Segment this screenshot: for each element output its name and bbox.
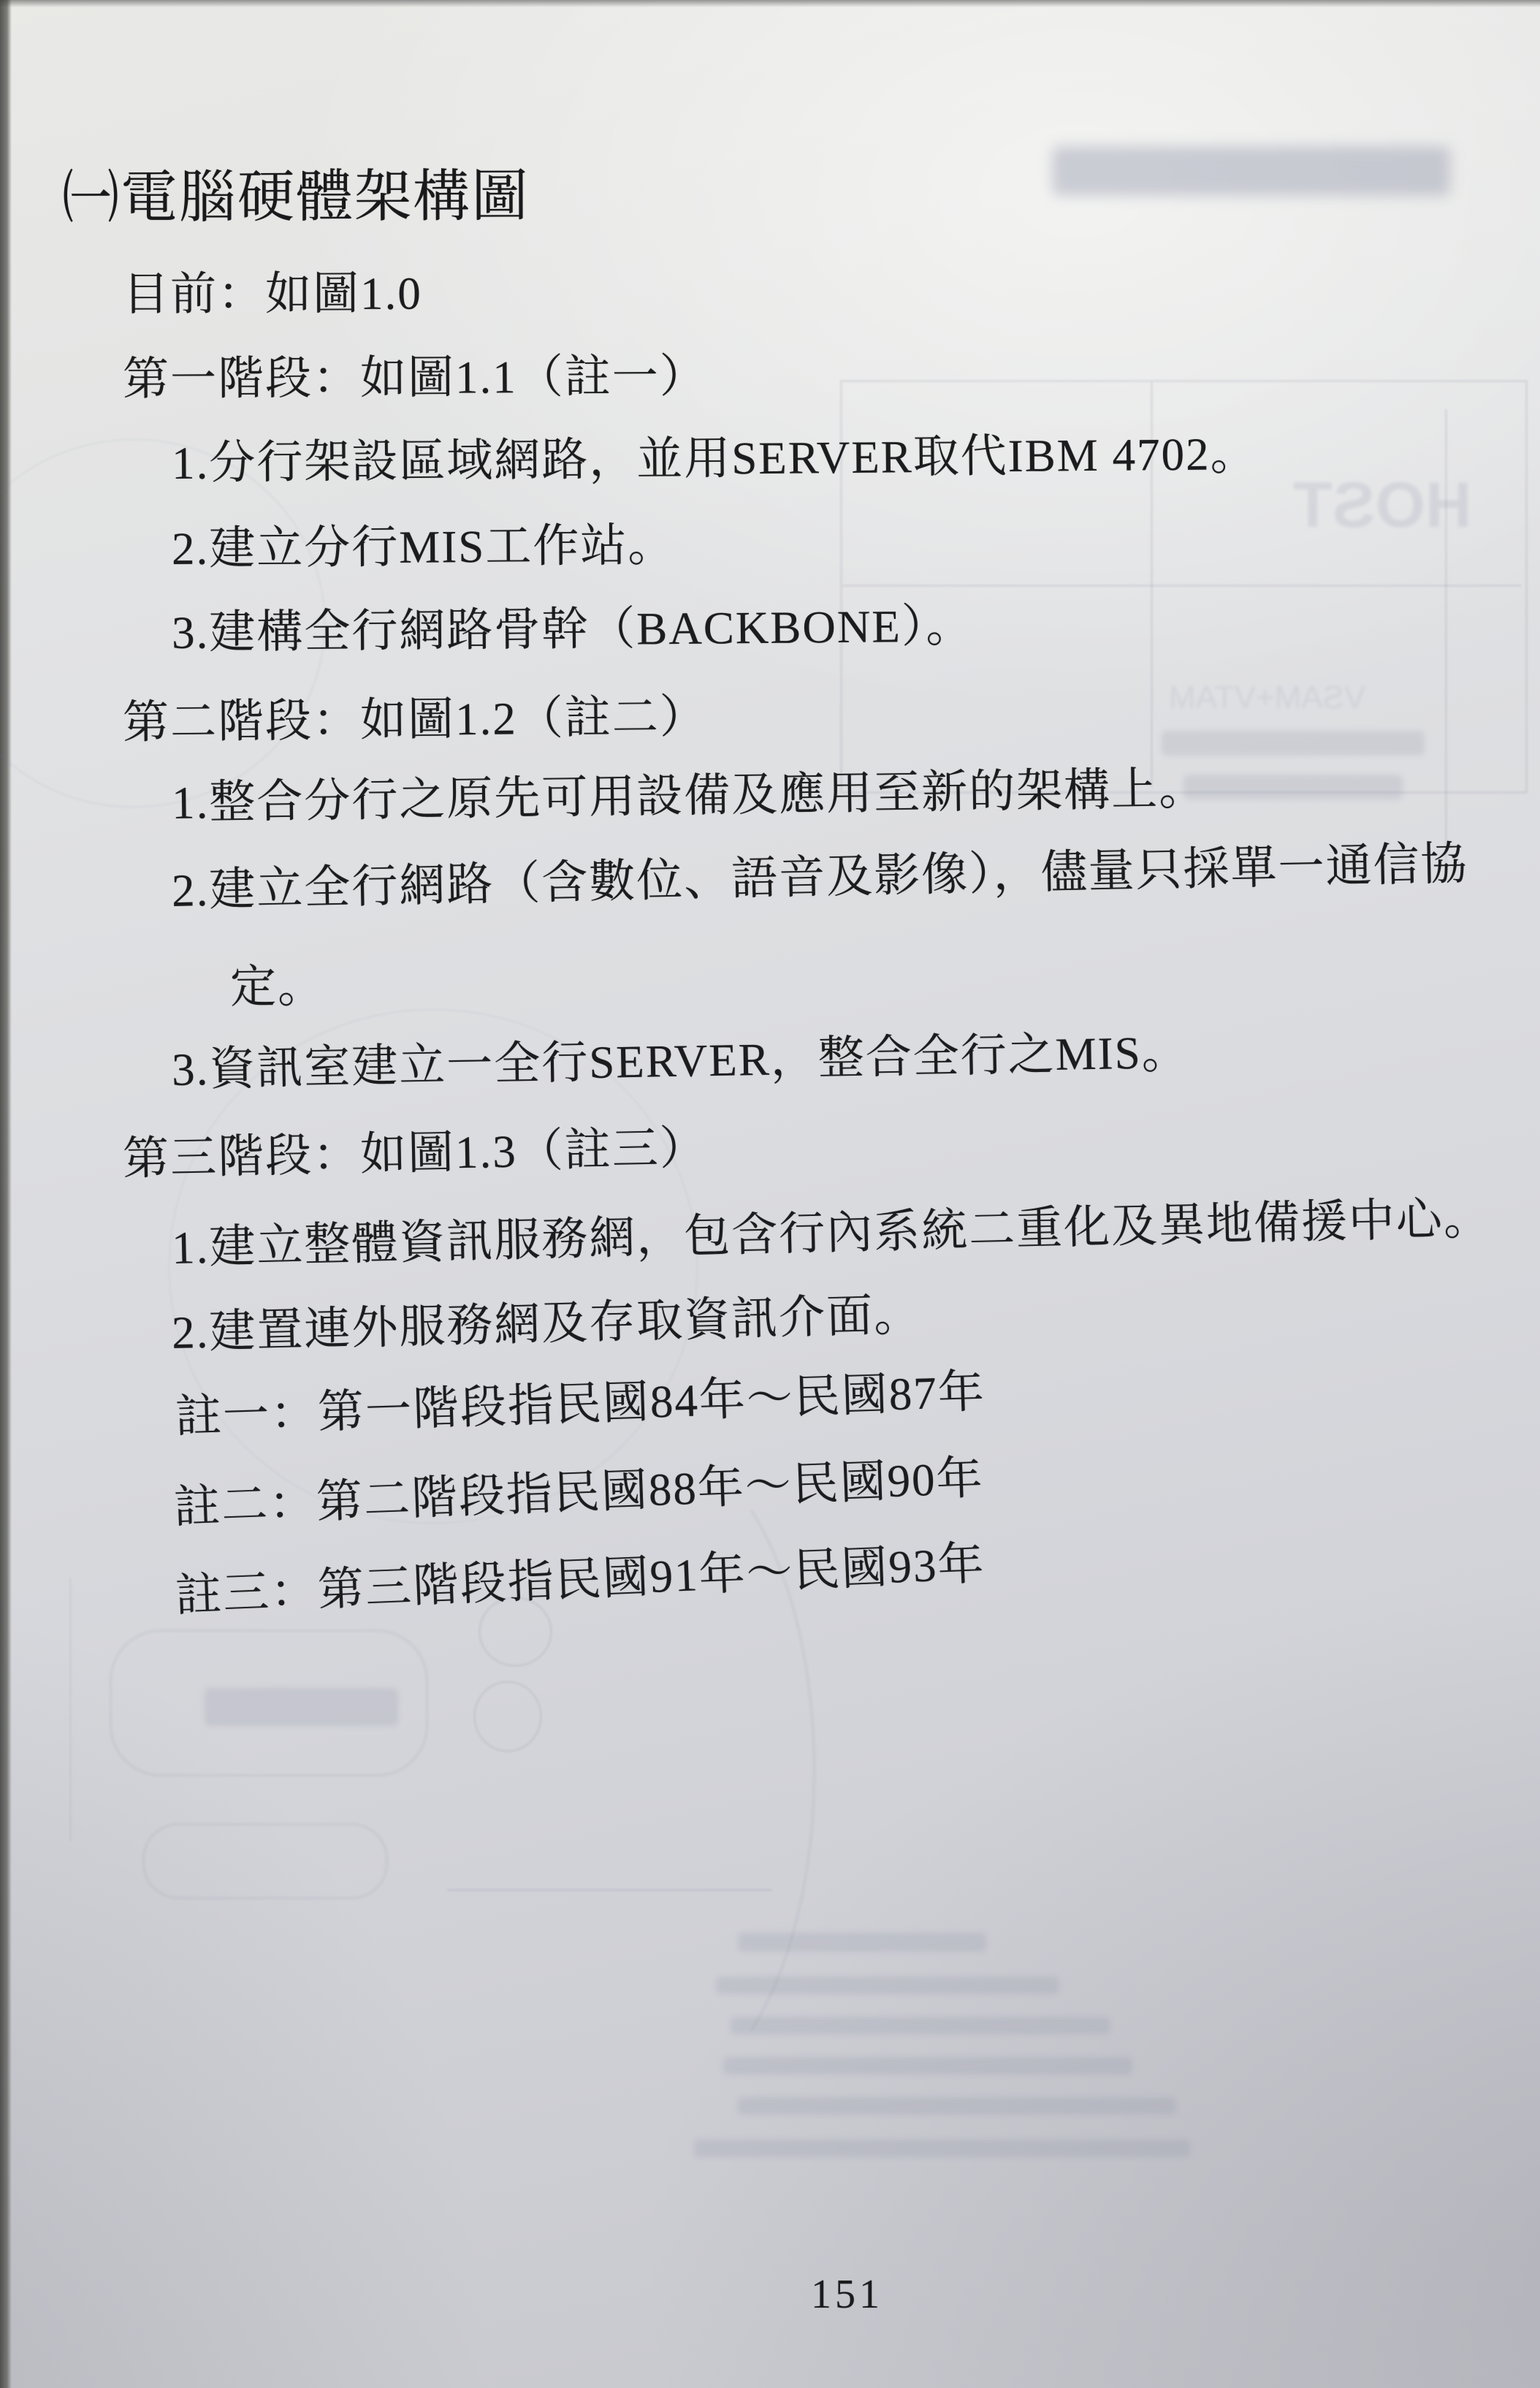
bleedthrough-host-label: HOST (1293, 468, 1471, 542)
section-title: ㈠電腦硬體架構圖 (62, 151, 530, 234)
line-stage1-header: 第一階段：如圖1.1（註一） (123, 339, 707, 408)
scanned-document-page: HOST VSAM+VTAM ㈠電腦硬體架構圖 目前：如圖1.0 第一階段：如圖… (0, 0, 1540, 2388)
bleedthrough-circle (473, 1681, 542, 1752)
line-stage1-item2: 2.建立分行MIS工作站。 (172, 508, 676, 578)
line-current-status: 目前：如圖1.0 (123, 256, 422, 324)
bleedthrough-roundrect (110, 1630, 428, 1776)
line-stage1-item1: 1.分行架設區域網路，並用SERVER取代IBM 4702。 (172, 417, 1258, 493)
bleedthrough-text-bar (716, 1977, 1059, 1994)
line-stage3-header: 第三階段：如圖1.3（註三） (122, 1111, 707, 1188)
bleedthrough-text-bar (738, 1933, 986, 1952)
line-note2: 註二：第二階段指民國88年～民國90年 (172, 1440, 985, 1537)
bleedthrough-vertical-line (1445, 409, 1447, 862)
bleedthrough-text-bar (738, 2097, 1176, 2115)
line-note3: 註三：第三階段指民國91年～民國93年 (174, 1526, 986, 1625)
line-stage3-item2: 2.建置連外服務網及存取資訊介面。 (171, 1277, 922, 1362)
line-stage2-item3: 3.資訊室建立一全行SERVER，整合全行之MIS。 (171, 1015, 1189, 1099)
line-stage2-header: 第二階段：如圖1.2（註二） (123, 680, 708, 752)
bleedthrough-text-bar (731, 2017, 1110, 2034)
bleedthrough-text-bar (694, 2140, 1191, 2157)
bleedthrough-vertical-line (69, 1578, 72, 1841)
scan-edge-left (0, 0, 12, 2388)
line-note1: 註一：第一階段指民國84年～民國87年 (175, 1354, 986, 1446)
bleedthrough-text-bar (205, 1688, 398, 1726)
bleedthrough-text-bar (723, 2057, 1132, 2075)
bleedthrough-horizontal-line (447, 1889, 772, 1891)
line-stage1-item3: 3.建構全行網路骨幹（BACKBONE）。 (172, 588, 974, 662)
bleedthrough-vsam-label: VSAM+VTAM (1169, 680, 1365, 716)
scan-edge-top (0, 0, 1540, 7)
line-stage2-item2: 2.建立全行網路（含數位、語音及影像），儘量只採單一通信協 (171, 826, 1468, 920)
line-stage3-item1: 1.建立整體資訊服務網，包含行內系統二重化及異地備援中心。 (171, 1181, 1492, 1277)
line-stage2-item2-cont: 定。 (230, 949, 326, 1016)
page-number: 151 (811, 2271, 883, 2318)
bleedthrough-text-bar (1183, 775, 1403, 799)
bleedthrough-oval (142, 1823, 388, 1899)
line-stage2-item1: 1.整合分行之原先可用設備及應用至新的架構上。 (171, 751, 1206, 832)
bleedthrough-box-crossline (842, 585, 1521, 587)
bleedthrough-header-smudge (1052, 146, 1450, 196)
